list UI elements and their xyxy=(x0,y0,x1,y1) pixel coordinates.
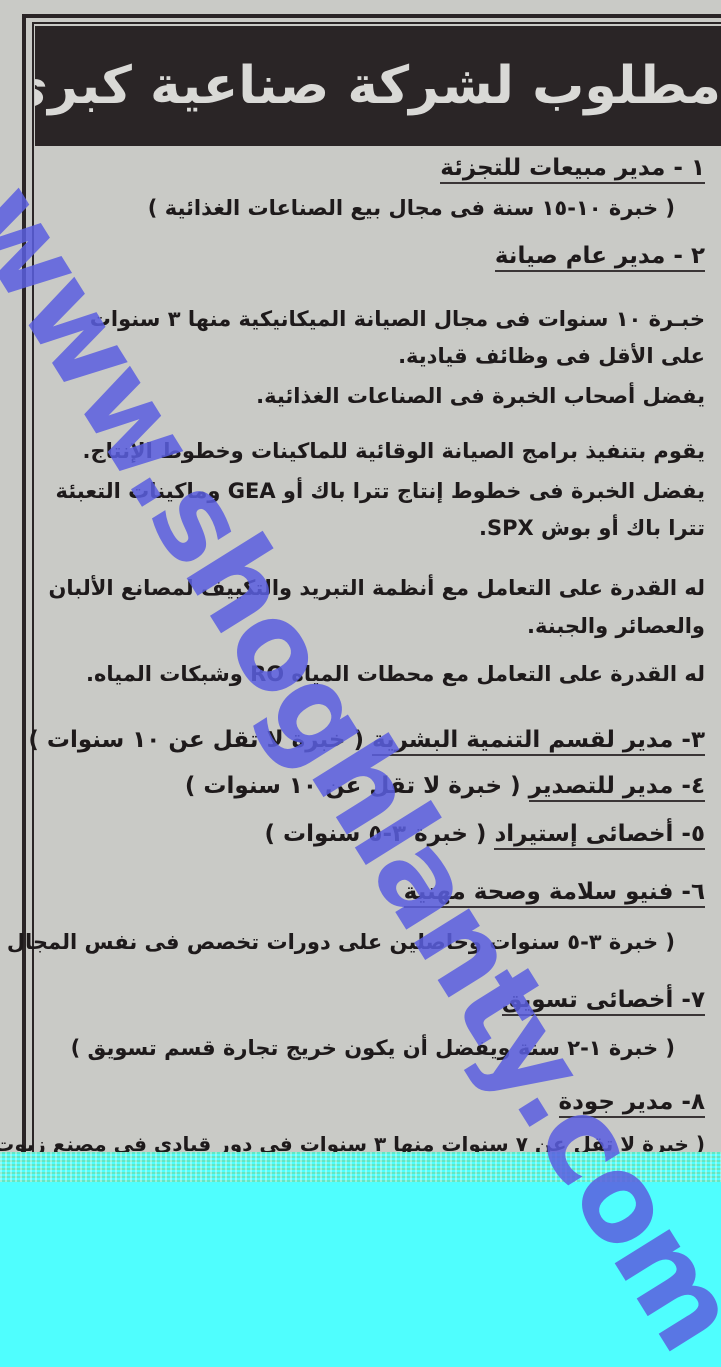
job-detail-2-6: تترا باك أو بوش SPX. xyxy=(479,512,705,545)
job-detail-2-4: يقوم بتنفيذ برامج الصيانة الوقائية للماك… xyxy=(83,435,705,468)
job-detail-2-9: له القدرة على التعامل مع محطات المياه RO… xyxy=(86,658,705,691)
job-detail-2-7: له القدرة على التعامل مع أنظمة التبريد و… xyxy=(49,572,706,605)
job-detail-7: ( خبرة ١-٢ سنة ويفضل أن يكون خريج تجارة … xyxy=(71,1032,705,1065)
job-detail-1: ( خبرة ١٠-١٥ سنة فى مجال بيع الصناعات ال… xyxy=(148,192,705,225)
job-title-3: ٣- مدير لقسم التنمية البشرية ( خبرة لا ت… xyxy=(28,724,705,757)
job-title-4: ٤- مدير للتصدير ( خبرة لا تقل عن ١٠ سنوا… xyxy=(185,770,705,803)
job-detail-2-8: والعصائر والجبنة. xyxy=(527,610,705,643)
ad-headline: مطلوب لشركة صناعية كبرى الوظائف التالية … xyxy=(35,26,721,146)
job-detail-6: ( خبرة ٣-٥ سنوات وحاصلين على دورات تخصص … xyxy=(0,926,705,959)
job-detail-2-2: على الأقل فى وظائف قيادية. xyxy=(398,340,705,373)
job-title-5: ٥- أخصائى إستيراد ( خبرة ٣-٥ سنوات ) xyxy=(264,818,705,851)
job-detail-2-1: خبـرة ١٠ سنوات فى مجال الصيانة الميكانيك… xyxy=(90,303,705,336)
job-title-2: ٢ - مدير عام صيانة xyxy=(495,240,705,273)
job-title-8: ٨- مدير جودة xyxy=(559,1086,705,1119)
job-title-7: ٧- أخصائى تسويق xyxy=(502,984,705,1017)
job-detail-2-5: يفضل الخبرة فى خطوط إنتاج تترا باك أو GE… xyxy=(55,475,705,508)
scan-glitch-band xyxy=(0,1152,721,1182)
job-detail-2-3: يفضل أصحاب الخبرة فى الصناعات الغذائية. xyxy=(256,380,705,413)
job-title-6: ٦- فنيو سلامة وصحة مهنية xyxy=(404,876,705,909)
job-title-1: ١ - مدير مبيعات للتجزئة xyxy=(440,152,705,185)
